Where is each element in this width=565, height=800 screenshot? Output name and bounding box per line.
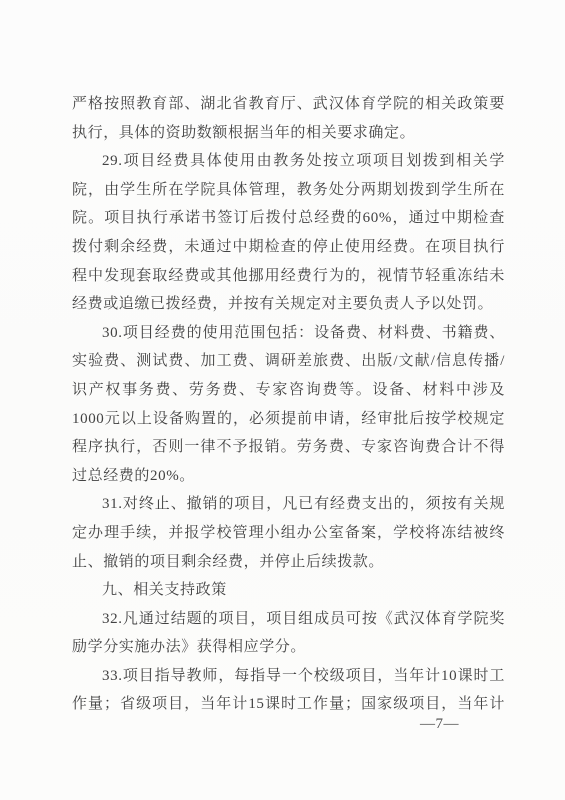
text-line: 励学分实施办法》获得相应学分。 — [72, 633, 505, 662]
text-line: 程中发现套取经费或其他挪用经费行为的，视情节轻重冻结未用 — [72, 262, 505, 291]
text-line: 实验费、测试费、加工费、调研差旅费、出版/文献/信息传播/知 — [72, 347, 505, 376]
text-line: 止、撤销的项目剩余经费，并停止后续拨款。 — [72, 548, 505, 577]
text-line: 定办理手续，并报学校管理小组办公室备案，学校将冻结被终 — [72, 519, 505, 548]
text-line: 九、相关支持政策 — [72, 576, 505, 605]
text-line: 院。项目执行承诺书签订后拨付总经费的60%，通过中期检查的 — [72, 204, 505, 233]
text-line: 31.对终止、撤销的项目，凡已有经费支出的，须按有关规 — [72, 490, 505, 519]
text-line: 1000元以上设备购置的，必须提前申请，经审批后按学校规定 — [72, 405, 505, 434]
text-line: 识产权事务费、劳务费、专家咨询费等。设备、材料中涉及 — [72, 376, 505, 405]
text-line: 院，由学生所在学院具体管理，教务处分两期划拨到学生所在学 — [72, 176, 505, 205]
text-block: 严格按照教育部、湖北省教育厅、武汉体育学院的相关政策要求执行，具体的资助数额根据… — [72, 90, 505, 719]
text-line: 严格按照教育部、湖北省教育厅、武汉体育学院的相关政策要求 — [72, 90, 505, 119]
text-line: 程序执行，否则一律不予报销。劳务费、专家咨询费合计不得超 — [72, 433, 505, 462]
text-line: 29.项目经费具体使用由教务处按立项项目划拨到相关学 — [72, 147, 505, 176]
document-page: 严格按照教育部、湖北省教育厅、武汉体育学院的相关政策要求执行，具体的资助数额根据… — [0, 0, 565, 800]
text-line: 32.凡通过结题的项目，项目组成员可按《武汉体育学院奖 — [72, 605, 505, 634]
text-line: 30.项目经费的使用范围包括：设备费、材料费、书籍费、 — [72, 319, 505, 348]
text-line: 经费或追缴已拨经费，并按有关规定对主要负责人予以处罚。 — [72, 290, 505, 319]
text-line: 33.项目指导教师，每指导一个校级项目，当年计10课时工 — [72, 662, 505, 691]
text-line: 执行，具体的资助数额根据当年的相关要求确定。 — [72, 119, 505, 148]
text-line: 拨付剩余经费，未通过中期检查的停止使用经费。在项目执行过 — [72, 233, 505, 262]
text-line: 过总经费的20%。 — [72, 462, 505, 491]
page-number: —7— — [420, 714, 459, 734]
